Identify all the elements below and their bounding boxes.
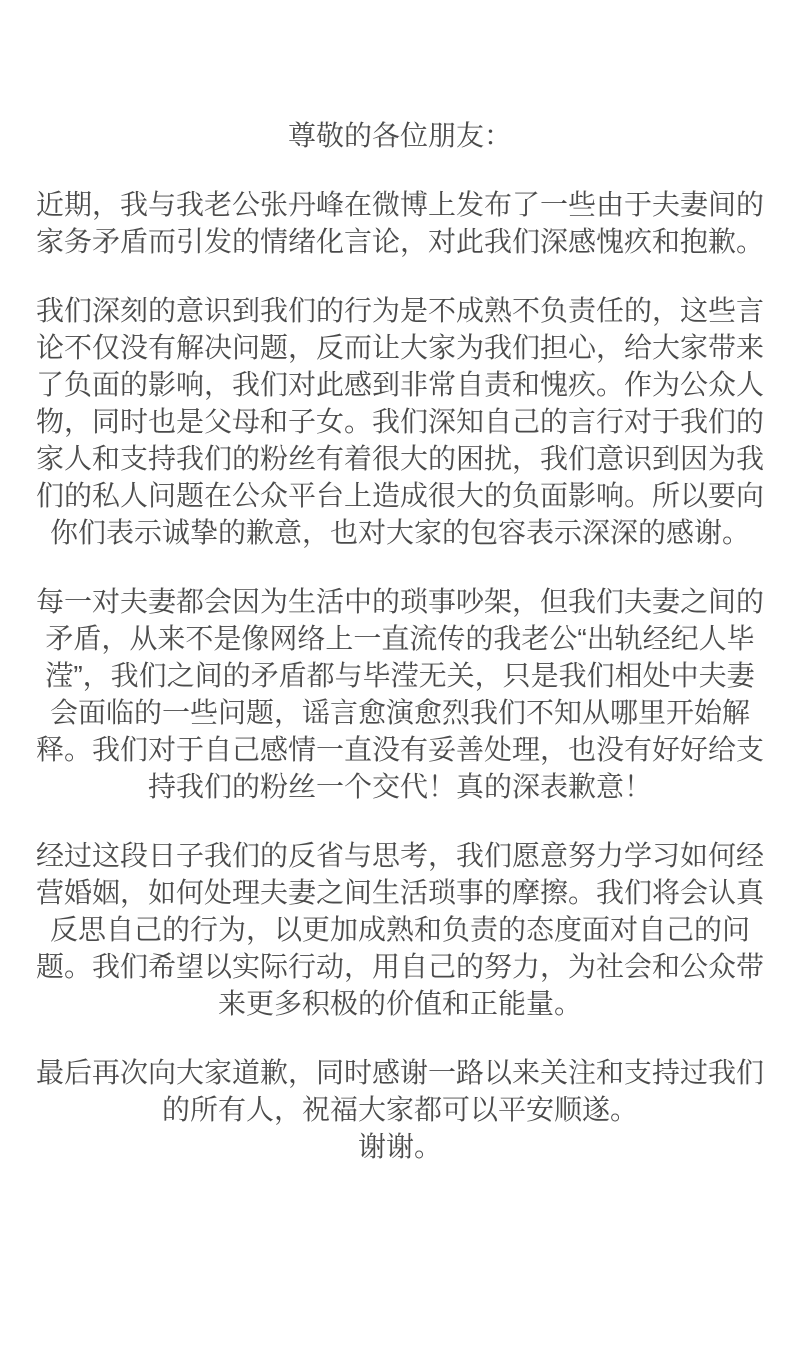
apology-letter: 尊敬的各位朋友： 近期，我与我老公张丹峰在微博上发布了一些由于夫妻间的家务矛盾而… <box>0 0 800 1165</box>
letter-paragraph-reflection: 我们深刻的意识到我们的行为是不成熟不负责任的，这些言论不仅没有解决问题，反而让大… <box>34 292 766 551</box>
letter-paragraph-intro: 近期，我与我老公张丹峰在微博上发布了一些由于夫妻间的家务矛盾而引发的情绪化言论，… <box>34 186 766 260</box>
letter-paragraph-rumor-clarification: 每一对夫妻都会因为生活中的琐事吵架，但我们夫妻之间的矛盾，从来不是像网络上一直流… <box>34 583 766 805</box>
letter-salutation: 尊敬的各位朋友： <box>34 117 766 154</box>
letter-paragraph-closing: 最后再次向大家道歉，同时感谢一路以来关注和支持过我们的所有人，祝福大家都可以平安… <box>34 1054 766 1165</box>
letter-paragraph-commitment: 经过这段日子我们的反省与思考，我们愿意努力学习如何经营婚姻，如何处理夫妻之间生活… <box>34 837 766 1022</box>
